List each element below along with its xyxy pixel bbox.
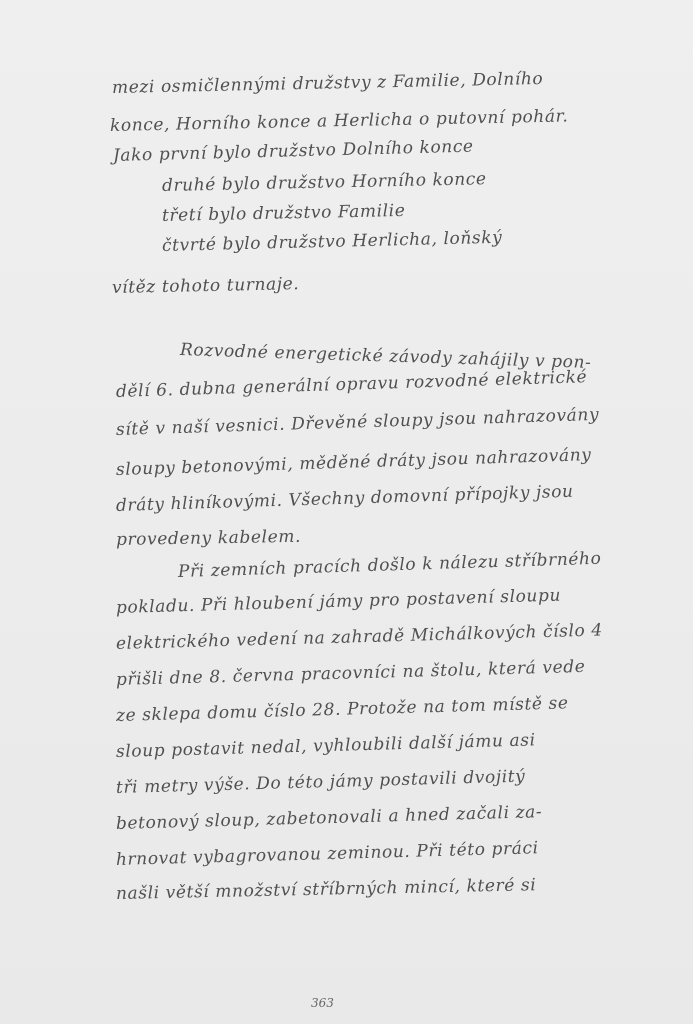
text-line: druhé bylo družstvo Horního konce <box>162 169 487 196</box>
page-number: 363 <box>311 996 334 1010</box>
text-line: konce, Horního konce a Herlicha o putovn… <box>110 106 569 136</box>
text-line: elektrického vedení na zahradě Michálkov… <box>116 620 603 654</box>
text-line: čtvrté bylo družstvo Herlicha, loňský <box>162 228 503 256</box>
text-line: přišli dne 8. června pracovníci na štolu… <box>116 657 586 690</box>
text-line: hrnovat vybagrovanou zeminou. Při této p… <box>116 838 539 870</box>
text-line: třetí bylo družstvo Familie <box>162 201 406 226</box>
text-line: Při zemních pracích došlo k nálezu stříb… <box>178 549 602 582</box>
text-line: provedeny kabelem. <box>116 527 301 550</box>
text-line: Jako první bylo družstvo Dolního konce <box>113 137 474 166</box>
text-line: pokladu. Při hloubení jámy pro postavení… <box>116 586 562 618</box>
text-line: sloupy betonovými, měděné dráty jsou nah… <box>116 445 592 480</box>
text-line: našli větší množství stříbrných mincí, k… <box>116 875 537 904</box>
text-line: betonový sloup, zabetonovali a hned zača… <box>116 802 543 834</box>
text-line: mezi osmičlennými družstvy z Familie, Do… <box>112 69 544 98</box>
text-line: ze sklepa domu číslo 28. Protože na tom … <box>116 693 569 726</box>
chronicle-page: mezi osmičlennými družstvy z Familie, Do… <box>0 0 693 1024</box>
text-line: tři metry výše. Do této jámy postavili d… <box>116 767 526 798</box>
text-line: dráty hliníkovými. Všechny domovní přípo… <box>116 482 574 516</box>
text-line: vítěz tohoto turnaje. <box>112 274 300 298</box>
text-line: sítě v naší vesnici. Dřevěné sloupy jsou… <box>116 405 600 440</box>
text-line: dělí 6. dubna generální opravu rozvodné … <box>116 367 588 402</box>
text-line: sloup postavit nedal, vyhloubili další j… <box>116 730 536 762</box>
